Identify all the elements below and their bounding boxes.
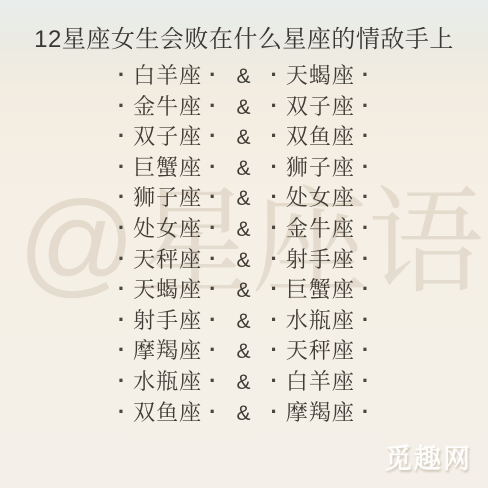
- dot-separator: ·: [362, 366, 370, 397]
- ampersand-separator: &: [236, 399, 251, 430]
- right-sign: 金牛座: [286, 214, 355, 245]
- ampersand-separator: &: [236, 368, 251, 399]
- dot-separator: ·: [209, 397, 217, 428]
- dot-separator: ·: [209, 305, 217, 336]
- dot-separator: ·: [209, 274, 217, 305]
- dot-separator: ·: [271, 182, 279, 213]
- pairs-list: ·白羊座·&·天蝎座· ·金牛座·&·双子座· ·双子座·&·双鱼座· ·巨蟹座…: [0, 61, 488, 428]
- dot-separator: ·: [362, 213, 370, 244]
- dot-separator: ·: [209, 60, 217, 91]
- dot-separator: ·: [271, 244, 279, 275]
- dot-separator: ·: [362, 152, 370, 183]
- dot-separator: ·: [118, 397, 126, 428]
- pair-row: ·双子座·&·双鱼座·: [0, 122, 488, 153]
- left-sign: 金牛座: [133, 92, 202, 123]
- pair-row: ·双鱼座·&·摩羯座·: [0, 398, 488, 429]
- page-title: 12星座女生会败在什么星座的情敌手上: [0, 19, 488, 54]
- pair-row: ·摩羯座·&·天秤座·: [0, 336, 488, 367]
- ampersand-separator: &: [236, 246, 251, 277]
- ampersand-separator: &: [236, 215, 251, 246]
- dot-separator: ·: [362, 121, 370, 152]
- dot-separator: ·: [271, 60, 279, 91]
- dot-separator: ·: [271, 121, 279, 152]
- dot-separator: ·: [118, 182, 126, 213]
- right-sign: 水瓶座: [286, 306, 355, 337]
- dot-separator: ·: [209, 244, 217, 275]
- dot-separator: ·: [118, 244, 126, 275]
- right-sign: 射手座: [286, 245, 355, 276]
- pair-row: ·巨蟹座·&·狮子座·: [0, 153, 488, 184]
- dot-separator: ·: [118, 366, 126, 397]
- right-sign: 天秤座: [286, 336, 355, 367]
- ampersand-separator: &: [236, 123, 251, 154]
- pair-row: ·白羊座·&·天蝎座·: [0, 61, 488, 92]
- right-sign: 天蝎座: [286, 61, 355, 92]
- ampersand-separator: &: [236, 93, 251, 124]
- dot-separator: ·: [271, 335, 279, 366]
- pair-row: ·狮子座·&·处女座·: [0, 183, 488, 214]
- dot-separator: ·: [209, 121, 217, 152]
- left-sign: 摩羯座: [133, 336, 202, 367]
- dot-separator: ·: [362, 335, 370, 366]
- right-sign: 双鱼座: [286, 122, 355, 153]
- dot-separator: ·: [271, 366, 279, 397]
- dot-separator: ·: [362, 274, 370, 305]
- dot-separator: ·: [271, 305, 279, 336]
- site-watermark: 觅趣网: [385, 437, 472, 476]
- left-sign: 处女座: [133, 214, 202, 245]
- pair-row: ·水瓶座·&·白羊座·: [0, 367, 488, 398]
- dot-separator: ·: [362, 244, 370, 275]
- dot-separator: ·: [209, 152, 217, 183]
- dot-separator: ·: [362, 397, 370, 428]
- dot-separator: ·: [118, 91, 126, 122]
- right-sign: 白羊座: [286, 367, 355, 398]
- dot-separator: ·: [209, 335, 217, 366]
- zodiac-graphic: @星座语 12星座女生会败在什么星座的情敌手上 ·白羊座·&·天蝎座· ·金牛座…: [0, 0, 488, 488]
- left-sign: 巨蟹座: [133, 153, 202, 184]
- ampersand-separator: &: [236, 276, 251, 307]
- left-sign: 双鱼座: [133, 398, 202, 429]
- right-sign: 双子座: [286, 92, 355, 123]
- dot-separator: ·: [118, 305, 126, 336]
- dot-separator: ·: [362, 60, 370, 91]
- dot-separator: ·: [271, 274, 279, 305]
- dot-separator: ·: [118, 274, 126, 305]
- right-sign: 摩羯座: [286, 398, 355, 429]
- pair-row: ·射手座·&·水瓶座·: [0, 306, 488, 337]
- left-sign: 白羊座: [133, 61, 202, 92]
- dot-separator: ·: [118, 152, 126, 183]
- dot-separator: ·: [362, 182, 370, 213]
- dot-separator: ·: [118, 121, 126, 152]
- ampersand-separator: &: [236, 307, 251, 338]
- pair-row: ·天蝎座·&·巨蟹座·: [0, 275, 488, 306]
- dot-separator: ·: [209, 366, 217, 397]
- right-sign: 狮子座: [286, 153, 355, 184]
- left-sign: 天蝎座: [133, 275, 202, 306]
- dot-separator: ·: [209, 91, 217, 122]
- dot-separator: ·: [362, 305, 370, 336]
- pair-row: ·天秤座·&·射手座·: [0, 245, 488, 276]
- dot-separator: ·: [271, 91, 279, 122]
- pair-row: ·金牛座·&·双子座·: [0, 92, 488, 123]
- dot-separator: ·: [271, 152, 279, 183]
- right-sign: 巨蟹座: [286, 275, 355, 306]
- left-sign: 水瓶座: [133, 367, 202, 398]
- left-sign: 双子座: [133, 122, 202, 153]
- ampersand-separator: &: [236, 154, 251, 185]
- dot-separator: ·: [271, 213, 279, 244]
- left-sign: 射手座: [133, 306, 202, 337]
- pair-row: ·处女座·&·金牛座·: [0, 214, 488, 245]
- ampersand-separator: &: [236, 62, 251, 93]
- right-sign: 处女座: [286, 183, 355, 214]
- dot-separator: ·: [209, 213, 217, 244]
- dot-separator: ·: [118, 335, 126, 366]
- ampersand-separator: &: [236, 184, 251, 215]
- dot-separator: ·: [362, 91, 370, 122]
- left-sign: 狮子座: [133, 183, 202, 214]
- dot-separator: ·: [118, 213, 126, 244]
- left-sign: 天秤座: [133, 245, 202, 276]
- dot-separator: ·: [118, 60, 126, 91]
- dot-separator: ·: [271, 397, 279, 428]
- ampersand-separator: &: [236, 337, 251, 368]
- dot-separator: ·: [209, 182, 217, 213]
